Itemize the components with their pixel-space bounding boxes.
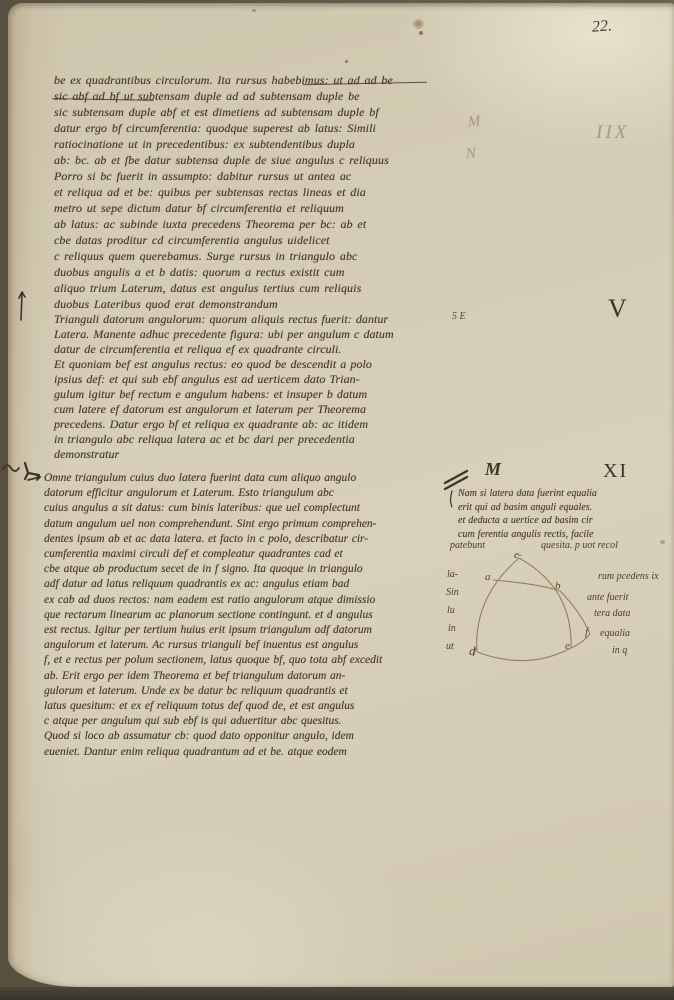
diagram-label-d: d	[469, 643, 476, 659]
note-heading-m: M	[485, 459, 501, 480]
diagram-label-a: a	[485, 571, 491, 583]
ink-speck	[345, 60, 348, 63]
main-paragraph-3: Omne triangulum cuius duo latera fuerint…	[44, 471, 382, 760]
main-paragraph-2: Trianguli datorum angulorum: quorum aliq…	[54, 312, 394, 462]
diagram-label-f: f	[585, 626, 588, 638]
showthrough-n-mark: N	[465, 146, 476, 164]
diagram-label-c: c	[514, 549, 519, 561]
ink-speck	[660, 540, 665, 544]
ink-speck	[419, 31, 423, 35]
ink-speck	[252, 9, 256, 12]
folio-number: 22.	[591, 17, 612, 36]
note-heading-xi: XI	[603, 460, 628, 483]
paragraph-pointer-mark	[27, 474, 43, 484]
margin-5e-mark: 5 E	[452, 311, 466, 322]
quire-letter-v: V	[608, 294, 627, 324]
margin-note-text: Nam si latera data fuerint equalia erit …	[458, 487, 597, 541]
diagram-label-e: e	[565, 640, 570, 652]
page-bottom-edge	[0, 987, 674, 1000]
stain-spot	[413, 19, 424, 29]
manuscript-scan: 22. M N IIX be ex quadrantibus circuloru…	[0, 0, 674, 1000]
spherical-triangle-diagram	[440, 548, 615, 673]
diagram-label-b: b	[555, 580, 561, 592]
margin-dagger-mark	[14, 288, 30, 326]
showthrough-xii-mark: IIX	[596, 122, 629, 144]
showthrough-m-mark: M	[467, 113, 481, 131]
main-paragraph-1: be ex quadrantibus circulorum. Ita rursu…	[54, 72, 393, 312]
